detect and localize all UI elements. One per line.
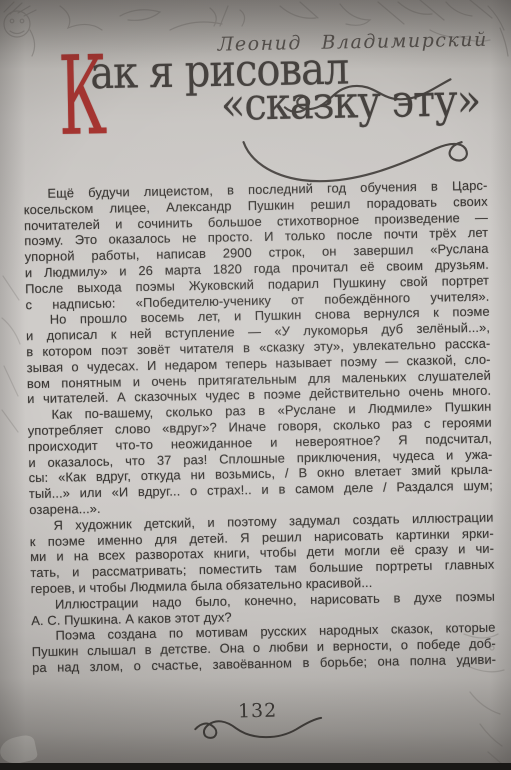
body-text: Ещё будучи лицеистом, в последний год об… (23, 178, 496, 676)
page-footer: 132 (192, 699, 333, 748)
page-content: Леонид Владимирский К ак я рисовал «сказ… (0, 0, 511, 770)
title-line-2: «сказку эту» (220, 75, 480, 131)
book-page-photo: Леонид Владимирский К ак я рисовал «сказ… (0, 0, 511, 770)
page-number: 132 (238, 700, 278, 723)
photo-bottom-edge (0, 763, 511, 770)
